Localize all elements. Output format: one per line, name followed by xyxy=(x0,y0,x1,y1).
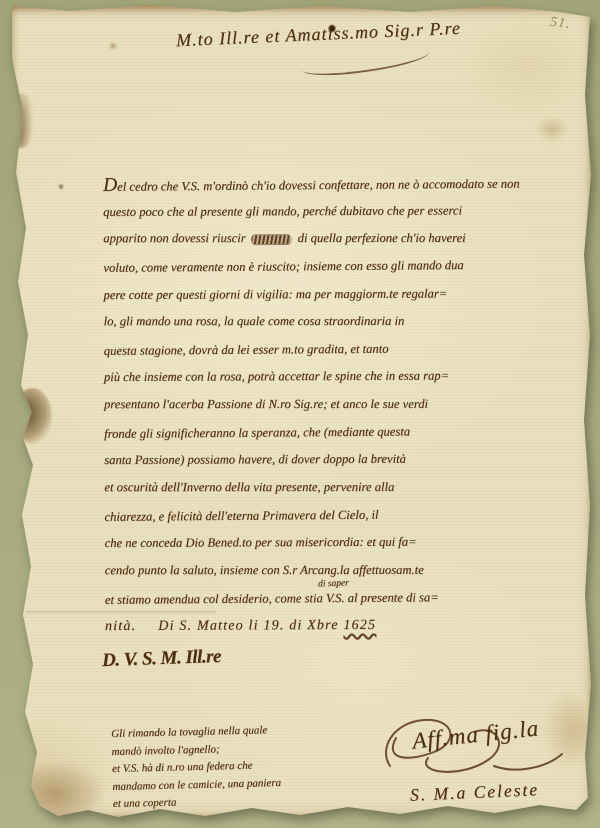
dateline-year: 1625 xyxy=(343,618,376,633)
letter-line: lo, gli mando una rosa, la quale come co… xyxy=(104,308,582,336)
ink-stain-left-middle xyxy=(14,388,52,444)
interlinear-insertion: di saper xyxy=(318,578,349,589)
ink-speck-margin xyxy=(58,183,64,190)
postscript-line: et una coperta xyxy=(113,792,282,814)
dateline-word-end: nità. xyxy=(105,619,136,634)
letter-line: presentano l'acerba Passione di N.ro Sig… xyxy=(104,391,582,419)
letter-line: santa Passione) possiamo havere, di dove… xyxy=(104,445,582,475)
salutation-flourish xyxy=(301,42,431,79)
letter-line: più che insieme con la rosa, potrà accet… xyxy=(104,362,582,392)
manuscript-scan: 51. M.to Ill.re et Amatiss.mo Sig.r P.re… xyxy=(0,0,600,828)
letter-line: pere cotte per questi giorni di vigilia:… xyxy=(103,280,581,310)
letter-line: et oscurità dell'Inverno della vita pres… xyxy=(104,474,582,502)
letter-line: chiarezza, e felicità dell'eterna Primav… xyxy=(104,500,582,531)
ink-stain-left-top xyxy=(8,94,34,148)
letter-line: Del cedro che V.S. m'ordinò ch'io dovess… xyxy=(103,168,581,199)
dateline-place: Di S. Matteo li 19. di Xbre xyxy=(158,618,338,634)
letter-line-segment: apparito non dovessi riuscir xyxy=(103,231,245,245)
letter-line: fronde gli significheranno la speranza, … xyxy=(104,417,582,448)
signature-name: S. M.a Celeste xyxy=(410,779,540,806)
letter-line: questa stagione, dovrà da lei esser m.to… xyxy=(104,334,582,365)
ink-speck-top xyxy=(108,42,118,50)
letter-line-segment: di quella perfezione ch'io haverei xyxy=(298,231,466,245)
stain-right-top xyxy=(536,116,568,142)
closing-abbreviation: D. V. S. M. Ill.re xyxy=(102,646,222,672)
letter-line: che ne conceda Dio Bened.to per sua mise… xyxy=(105,528,583,558)
paper-sheet: 51. M.to Ill.re et Amatiss.mo Sig.r P.re… xyxy=(0,0,600,828)
letter-line: questo poco che al presente gli mando, p… xyxy=(103,197,581,227)
stain-bottom-left-corner xyxy=(22,762,104,816)
letter-line: voluto, come veramente non è riuscito; i… xyxy=(103,251,581,282)
folio-number: 51. xyxy=(549,15,571,33)
dateline: nità.Di S. Matteo li 19. di Xbre 1625 xyxy=(105,611,583,641)
postscript-block: Gli rimando la tovaglia nella quale mand… xyxy=(111,722,282,814)
cancelled-word-scribble xyxy=(252,235,292,244)
letter-body: Del cedro che V.S. m'ordinò ch'io dovess… xyxy=(103,169,583,641)
paper-sheet-wrap: 51. M.to Ill.re et Amatiss.mo Sig.r P.re… xyxy=(0,0,600,828)
letter-line-with-cancellation: apparito non dovessi riuscirdi quella pe… xyxy=(103,225,581,253)
